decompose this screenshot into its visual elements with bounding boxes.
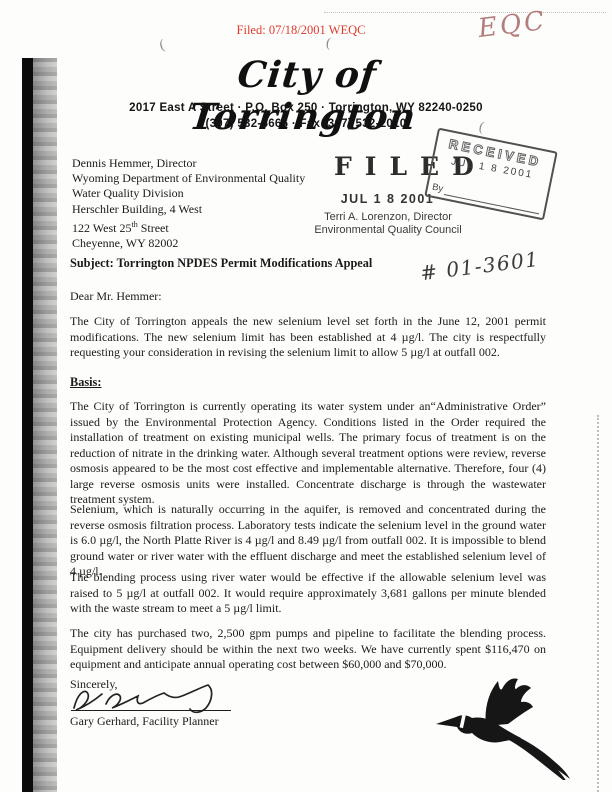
scan-right-dotted-edge <box>597 415 599 792</box>
scan-binding-shadow <box>33 58 57 792</box>
recipient-city: Cheyenne, WY 82002 <box>72 236 305 251</box>
pheasant-logo <box>430 672 570 780</box>
paragraph-1: The City of Torrington appeals the new s… <box>70 314 546 361</box>
letterhead-address: 2017 East A Street · P.O. Box 250 · Torr… <box>106 102 506 114</box>
subject-line: Subject: Torrington NPDES Permit Modific… <box>70 256 372 271</box>
recipient-building: Herschler Building, 4 West <box>72 202 305 217</box>
paragraph-3: Selenium, which is naturally occurring i… <box>70 502 546 580</box>
basis-heading: Basis: <box>70 375 101 390</box>
case-number-handwritten: # 01-3601 <box>419 247 541 285</box>
paragraph-2: The City of Torrington is currently oper… <box>70 399 546 508</box>
received-stamp: RECEIVED JUL 1 8 2001 By <box>424 128 558 221</box>
scan-binding-bar <box>22 58 33 792</box>
salutation: Dear Mr. Hemmer: <box>70 289 162 304</box>
scan-top-dotted-line <box>324 12 606 13</box>
paragraph-4: The blending process using river water w… <box>70 570 546 617</box>
recipient-org: Wyoming Department of Environmental Qual… <box>72 171 305 186</box>
scan-stray-mark: ( <box>158 38 166 55</box>
filed-date-header: Filed: 07/18/2001 WEQC <box>176 23 426 38</box>
signer-name: Gary Gerhard, Facility Planner <box>70 714 219 729</box>
received-stamp-by: By <box>431 182 541 215</box>
filed-stamp-officer: Terri A. Lorenzon, Director <box>313 211 463 223</box>
recipient-address-block: Dennis Hemmer, Director Wyoming Departme… <box>72 156 305 251</box>
filed-stamp-council: Environmental Quality Council <box>313 224 463 236</box>
scan-stray-mark: ( <box>325 36 332 52</box>
scanned-letter-page: ( ( ( Filed: 07/18/2001 WEQC EQC City of… <box>0 0 612 792</box>
recipient-division: Water Quality Division <box>72 186 305 201</box>
received-stamp-by-label: By <box>431 182 444 195</box>
recipient-name: Dennis Hemmer, Director <box>72 156 305 171</box>
recipient-street: 122 West 25th Street <box>72 217 305 236</box>
signature-underline <box>71 710 231 711</box>
paragraph-5: The city has purchased two, 2,500 gpm pu… <box>70 626 546 673</box>
